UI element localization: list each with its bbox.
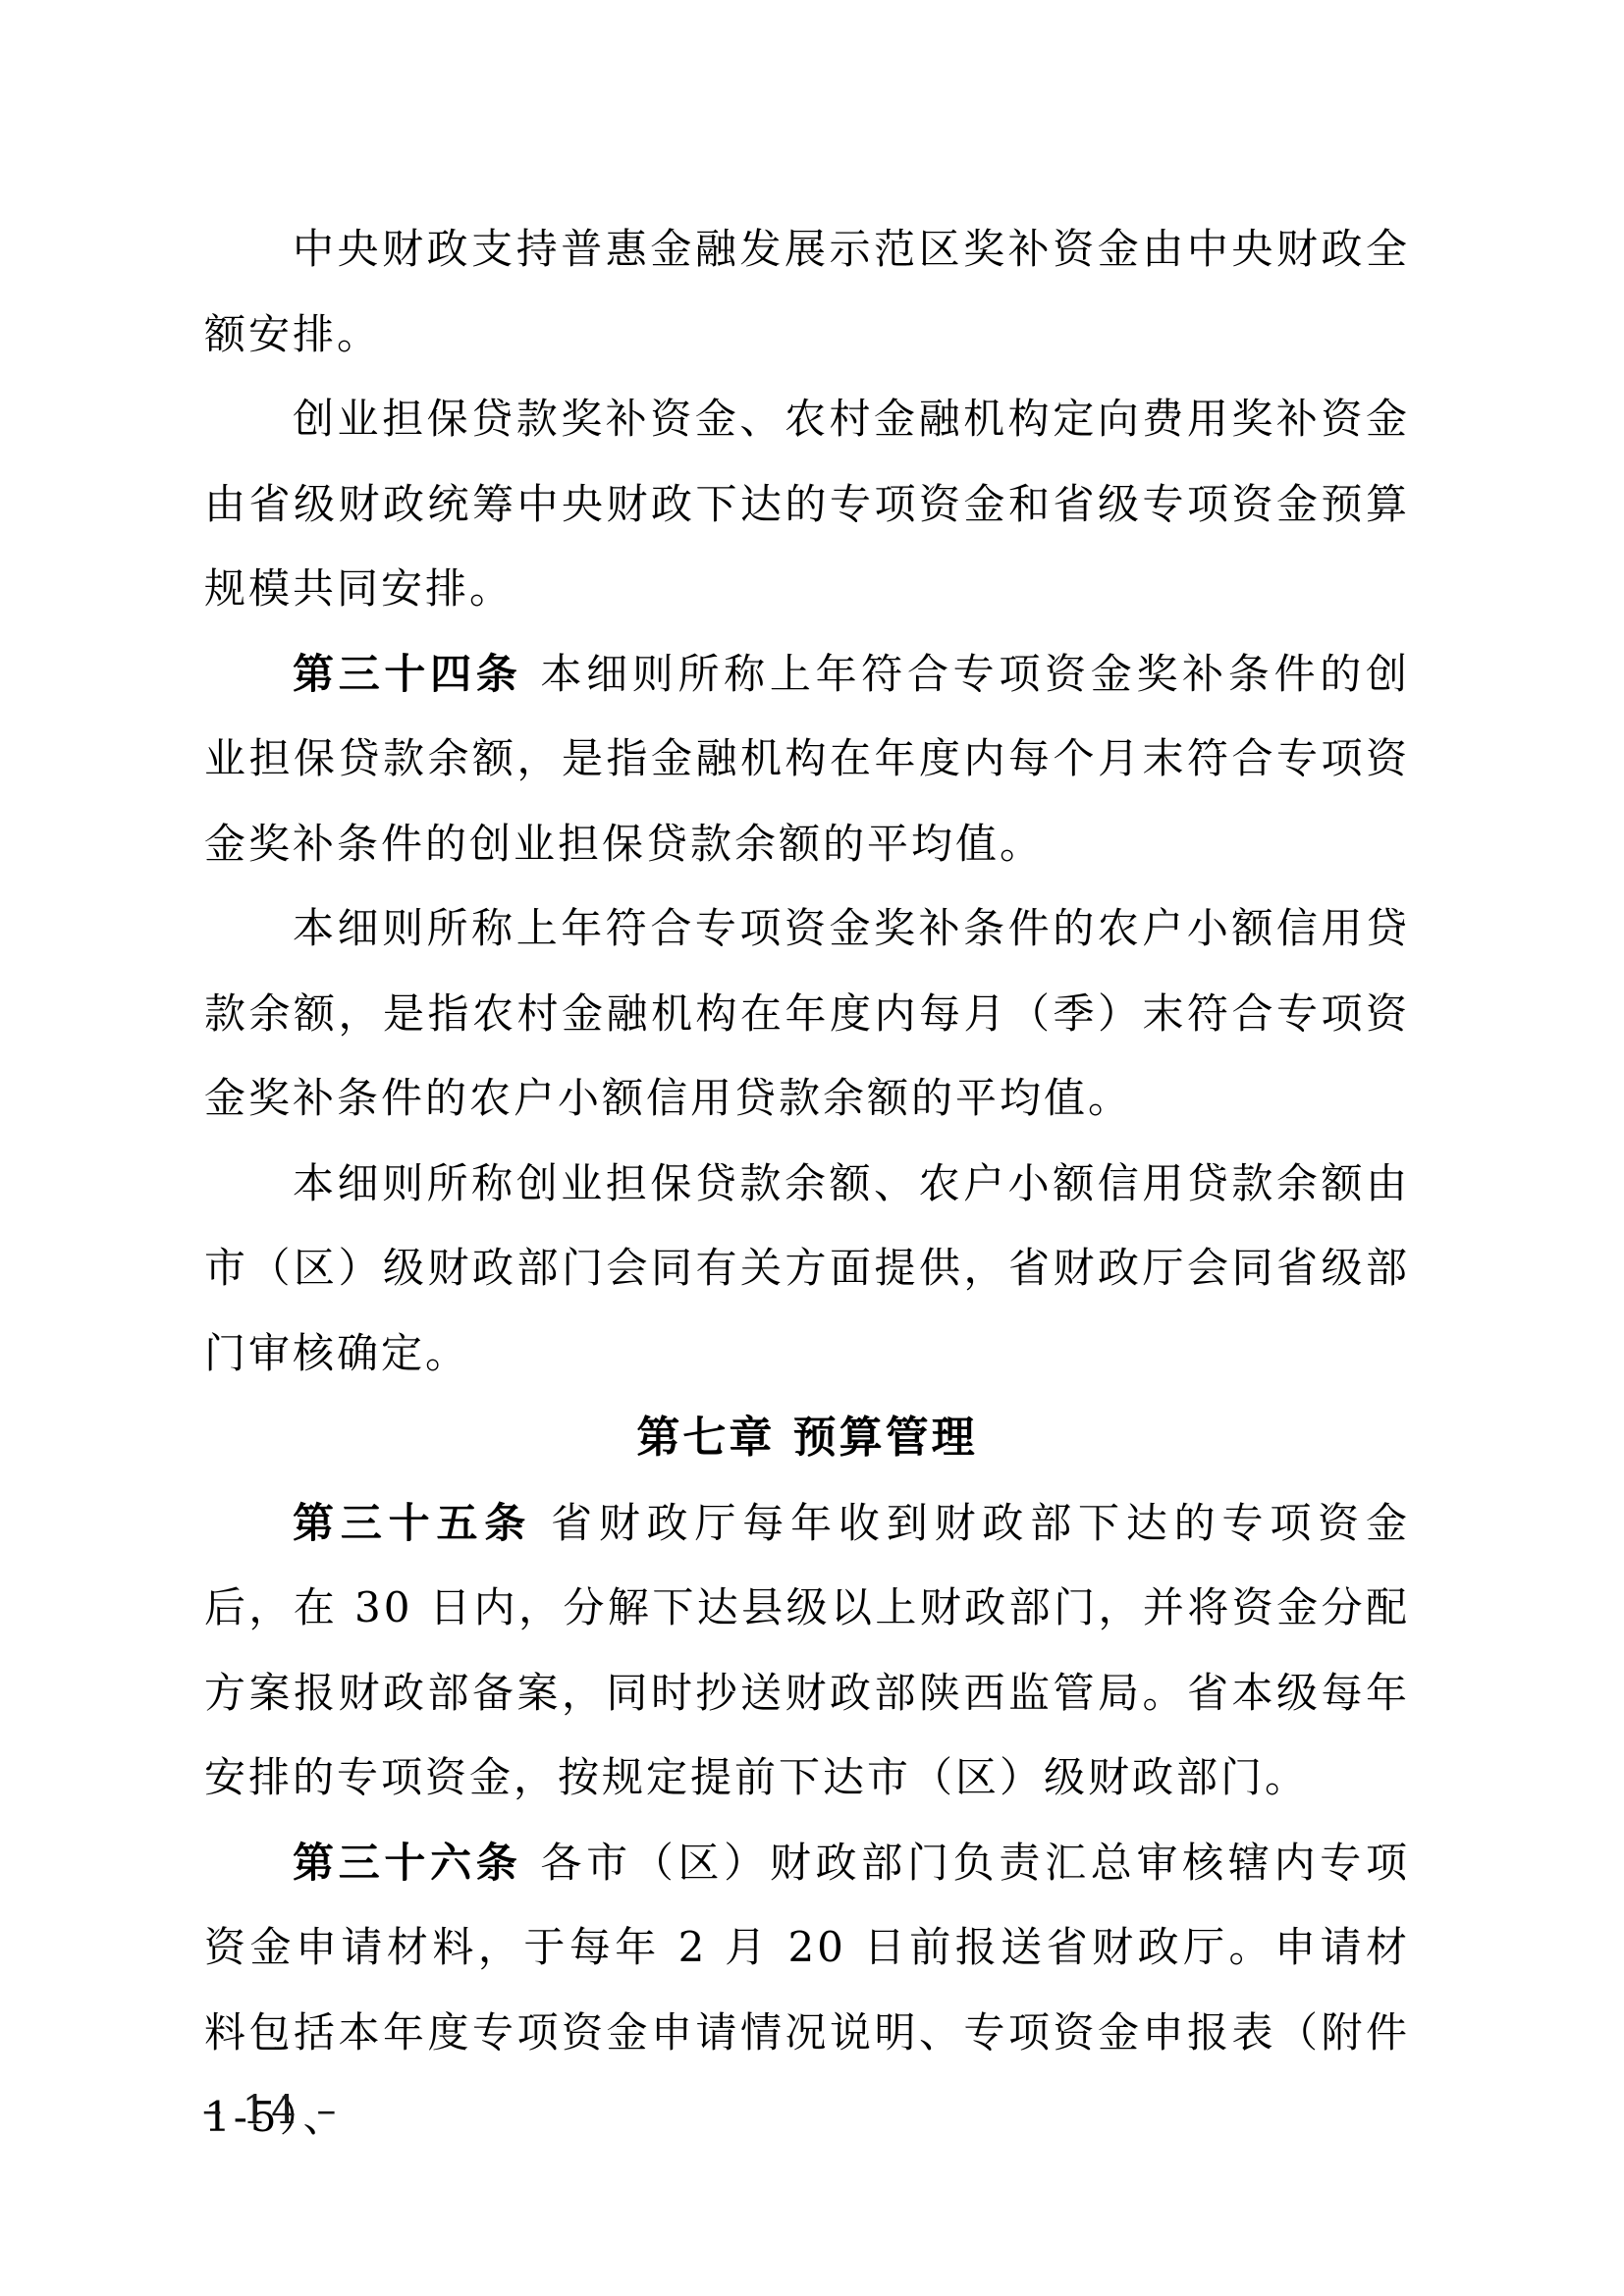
body-paragraph: 中央财政支持普惠金融发展示范区奖补资金由中央财政全额安排。	[204, 207, 1410, 377]
document-body: 中央财政支持普惠金融发展示范区奖补资金由中央财政全额安排。创业担保贷款奖补资金、…	[204, 207, 1410, 2161]
page-number: – 14 –	[202, 2089, 340, 2132]
article-paragraph: 第三十四条本细则所称上年符合专项资金奖补条件的创业担保贷款余额，是指金融机构在年…	[204, 632, 1410, 887]
paragraph-text: 中央财政支持普惠金融发展示范区奖补资金由中央财政全额安排。	[204, 225, 1410, 358]
article-paragraph: 第三十五条省财政厅每年收到财政部下达的专项资金后，在 30 日内，分解下达县级以…	[204, 1481, 1410, 1821]
article-number-lead: 第三十六条	[293, 1839, 522, 1887]
body-paragraph: 创业担保贷款奖补资金、农村金融机构定向费用奖补资金由省级财政统筹中央财政下达的专…	[204, 377, 1410, 632]
paragraph-text: 本细则所称创业担保贷款余额、农户小额信用贷款余额由市（区）级财政部门会同有关方面…	[204, 1159, 1410, 1377]
body-paragraph: 本细则所称上年符合专项资金奖补条件的农户小额信用贷款余额，是指农村金融机构在年度…	[204, 886, 1410, 1142]
document-page: 中央财政支持普惠金融发展示范区奖补资金由中央财政全额安排。创业担保贷款奖补资金、…	[0, 0, 1624, 2296]
paragraph-text: 创业担保贷款奖补资金、农村金融机构定向费用奖补资金由省级财政统筹中央财政下达的专…	[204, 395, 1410, 613]
article-number-lead: 第三十五条	[293, 1499, 532, 1547]
chapter-heading: 第七章 预算管理	[204, 1396, 1410, 1481]
paragraph-text: 本细则所称上年符合专项资金奖补条件的农户小额信用贷款余额，是指农村金融机构在年度…	[204, 904, 1410, 1122]
article-paragraph: 第三十六条各市（区）财政部门负责汇总审核辖内专项资金申请材料，于每年 2 月 2…	[204, 1821, 1410, 2161]
body-paragraph: 本细则所称创业担保贷款余额、农户小额信用贷款余额由市（区）级财政部门会同有关方面…	[204, 1142, 1410, 1397]
article-number-lead: 第三十四条	[293, 650, 522, 698]
